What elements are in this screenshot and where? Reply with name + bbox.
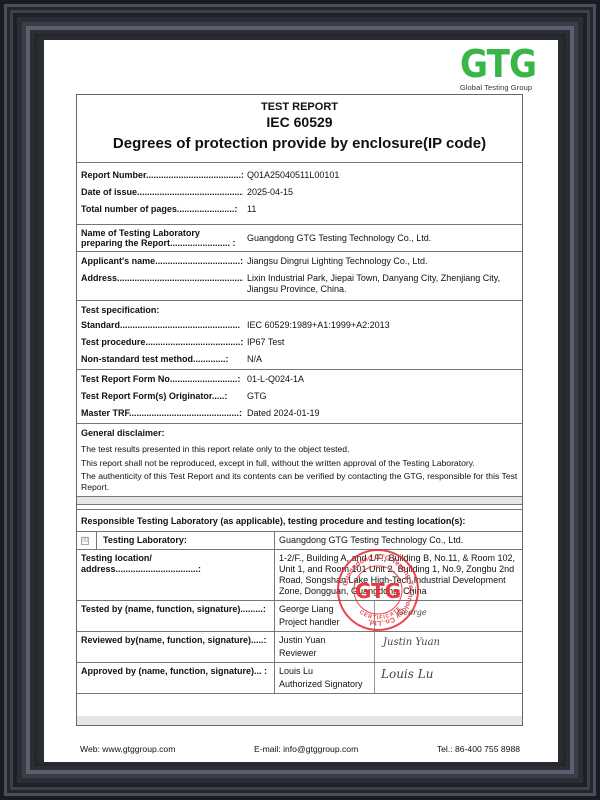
- applicant-row: Applicant's name........................…: [77, 253, 522, 270]
- non-standard-row: Non-standard test method.............: N…: [77, 351, 522, 368]
- field-label-block: Name of Testing Laboratory preparing the…: [81, 228, 243, 248]
- report-standard: IEC 60529: [77, 114, 522, 130]
- person-name: Justin Yuan: [279, 635, 370, 646]
- field-label: Approved by (name, function, signature).…: [77, 663, 275, 693]
- total-pages: 11: [243, 204, 522, 215]
- trf-originator: GTG: [243, 391, 522, 402]
- report-title-block: TEST REPORT IEC 60529 Degrees of protect…: [77, 95, 522, 163]
- field-label: Address.................................…: [81, 273, 243, 295]
- signature-cell: George: [375, 601, 522, 631]
- non-standard-method: N/A: [243, 354, 522, 365]
- testing-laboratory: Guangdong GTG Testing Technology Co., Lt…: [275, 532, 522, 549]
- applicant-name: Jiangsu Dingrui Lighting Technology Co.,…: [243, 256, 522, 267]
- reviewed-by-row: Reviewed by(name, function, signature)..…: [77, 632, 522, 663]
- master-trf: Dated 2024-01-19: [243, 408, 522, 419]
- disclaimer-line: The authenticity of this Test Report and…: [77, 469, 522, 493]
- test-procedure: IP67 Test: [243, 337, 522, 348]
- field-label: preparing the Report....................…: [81, 238, 243, 248]
- footer-web-link[interactable]: Web: www.gtggroup.com: [80, 744, 175, 754]
- signature: George: [397, 607, 427, 618]
- disclaimer-line: This report shall not be reproduced, exc…: [77, 456, 522, 470]
- gtg-logo: GTG Global Testing Group: [456, 44, 536, 92]
- person-role: Authorized Signatory: [279, 679, 370, 690]
- field-label: Reviewed by(name, function, signature)..…: [77, 632, 275, 662]
- field-label: Test Report Form(s) Originator.....:: [81, 391, 243, 402]
- report-table: TEST REPORT IEC 60529 Degrees of protect…: [76, 94, 523, 726]
- field-label: Tested by (name, function, signature)...…: [77, 601, 275, 631]
- applicant-section: Applicant's name........................…: [77, 252, 522, 301]
- person-cell: Justin Yuan Reviewer: [275, 632, 375, 662]
- field-label: Test procedure..........................…: [81, 337, 243, 348]
- field-label: Date of issue...........................…: [81, 187, 243, 198]
- field-label: Name of Testing Laboratory: [81, 228, 243, 238]
- checkbox-cell: ☒: [77, 532, 97, 549]
- trf-originator-row: Test Report Form(s) Originator.....: GTG: [77, 388, 522, 405]
- testing-laboratory-row: ☒ Testing Laboratory: Guangdong GTG Test…: [77, 532, 522, 550]
- certificate-page: GTG Global Testing Group TEST REPORT IEC…: [44, 40, 558, 762]
- report-number-row: Report Number...........................…: [77, 167, 522, 184]
- field-label: Applicant's name........................…: [81, 256, 243, 267]
- applicant-address: Lixin Industrial Park, Jiepai Town, Dany…: [243, 273, 522, 295]
- field-label: Standard................................…: [81, 320, 243, 331]
- field-label: Non-standard test method.............:: [81, 354, 243, 365]
- report-number: Q01A25040511L00101: [243, 170, 522, 181]
- field-label: Testing location/ address...............…: [77, 550, 275, 600]
- person-cell: George Liang Project handler: [275, 601, 375, 631]
- footer: Web: www.gtggroup.com E-mail: info@gtggr…: [80, 744, 520, 754]
- lab-name: Guangdong GTG Testing Technology Co., Lt…: [243, 233, 522, 244]
- testing-location: 1-2/F., Building A, and 1/F., Building B…: [275, 550, 522, 600]
- signature-cell: Louis Lu: [375, 663, 522, 693]
- field-label: Total number of pages...................…: [81, 204, 243, 215]
- report-subject: Degrees of protection provide by enclosu…: [77, 134, 522, 154]
- person-cell: Louis Lu Authorized Signatory: [275, 663, 375, 693]
- standard: IEC 60529:1989+A1:1999+A2:2013: [243, 320, 522, 331]
- standard-row: Standard................................…: [77, 317, 522, 334]
- person-role: Reviewer: [279, 648, 370, 659]
- total-pages-row: Total number of pages...................…: [77, 201, 522, 218]
- trf-number: 01-L-Q024-1A: [243, 374, 522, 385]
- approved-by-row: Approved by (name, function, signature).…: [77, 663, 522, 694]
- section-divider: [77, 496, 522, 505]
- signature: Justin Yuan: [383, 637, 440, 648]
- date-of-issue-row: Date of issue...........................…: [77, 184, 522, 201]
- trf-number-row: Test Report Form No.....................…: [77, 371, 522, 388]
- master-trf-row: Master TRF..............................…: [77, 405, 522, 422]
- report-title: TEST REPORT: [77, 101, 522, 114]
- bottom-divider: [77, 716, 522, 725]
- logo-mark: GTG: [460, 44, 532, 84]
- date-of-issue: 2025-04-15: [243, 187, 522, 198]
- disclaimer-section: General disclaimer: The test results pre…: [77, 424, 522, 496]
- person-name: George Liang: [279, 604, 370, 615]
- field-label: Test Report Form No.....................…: [81, 374, 243, 385]
- address-row: Address.................................…: [77, 270, 522, 298]
- checkbox[interactable]: ☒: [81, 537, 89, 545]
- test-spec-section: Test specification: Standard............…: [77, 301, 522, 370]
- test-procedure-row: Test procedure..........................…: [77, 334, 522, 351]
- person-role: Project handler: [279, 617, 370, 628]
- footer-tel: Tel.: 86-400 755 8988: [437, 744, 520, 754]
- disclaimer-heading: General disclaimer:: [77, 424, 522, 440]
- signature: Louis Lu: [381, 669, 433, 680]
- signature-cell: Justin Yuan: [375, 632, 522, 662]
- field-label: Report Number...........................…: [81, 170, 243, 181]
- testing-location-row: Testing location/ address...............…: [77, 550, 522, 601]
- person-name: Louis Lu: [279, 666, 370, 677]
- test-spec-heading: Test specification:: [77, 301, 522, 317]
- responsible-heading: Responsible Testing Laboratory (as appli…: [77, 510, 522, 532]
- disclaimer-line: The test results presented in this repor…: [77, 440, 522, 456]
- lab-name-row: Name of Testing Laboratory preparing the…: [77, 225, 522, 252]
- trf-section: Test Report Form No.....................…: [77, 370, 522, 424]
- identification-section: Report Number...........................…: [77, 163, 522, 225]
- tested-by-row: Tested by (name, function, signature)...…: [77, 601, 522, 632]
- field-label: Testing Laboratory:: [97, 532, 275, 549]
- footer-email-link[interactable]: E-mail: info@gtggroup.com: [254, 744, 358, 754]
- field-label: Master TRF..............................…: [81, 408, 243, 419]
